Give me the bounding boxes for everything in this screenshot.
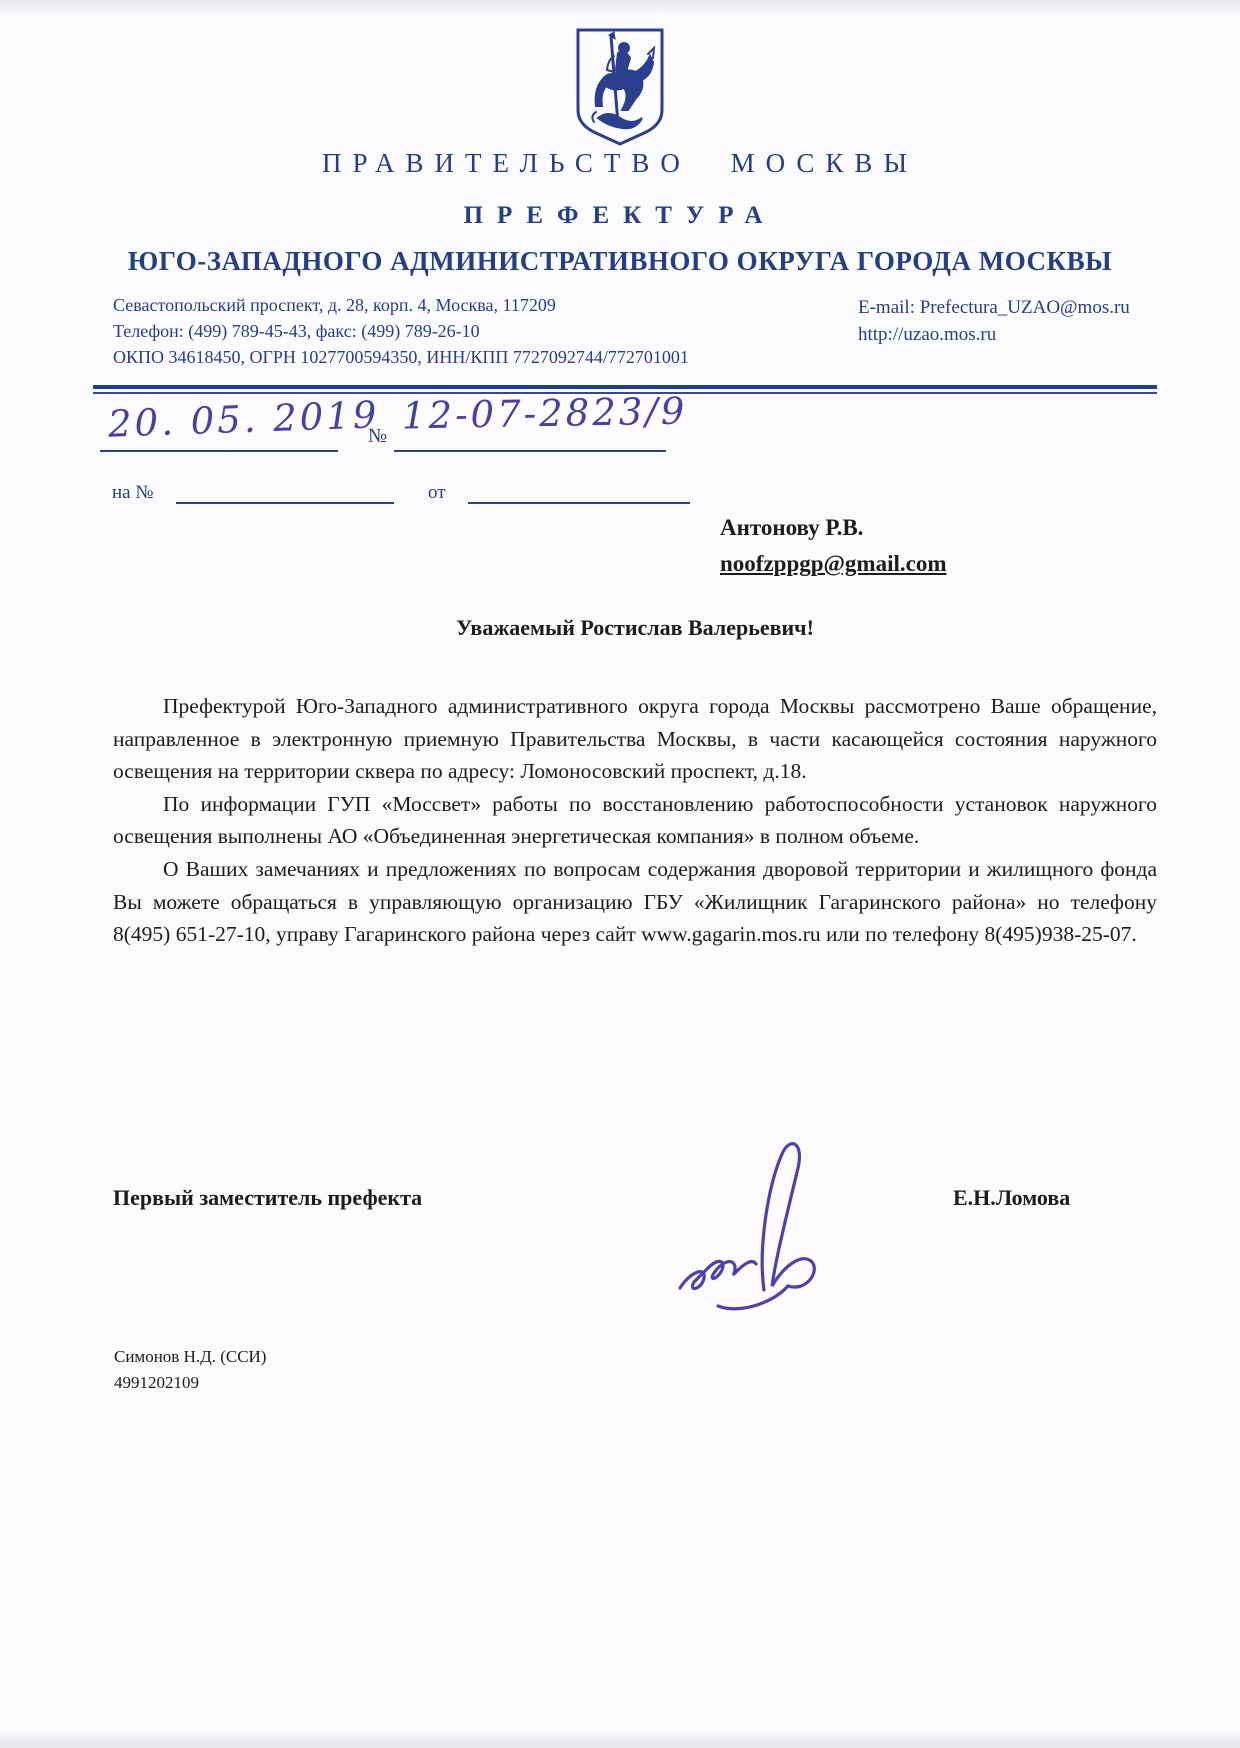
- body-paragraph-2: По информации ГУП «Моссвет» работы по во…: [113, 788, 1157, 853]
- number-underline: [394, 450, 666, 452]
- scan-artifact-bottom: [0, 1730, 1240, 1748]
- letter-body: Префектурой Юго-Западного административн…: [113, 690, 1157, 951]
- prefecture-title: ПРЕФЕКТУРА: [0, 202, 1240, 230]
- signer-title: Первый заместитель префекта: [113, 1185, 422, 1211]
- body-paragraph-1: Префектурой Юго-Западного административн…: [113, 690, 1157, 788]
- handwritten-signature: [672, 1128, 847, 1313]
- website-url: http://uzao.mos.ru: [858, 321, 1130, 348]
- recipient-email: noofzppgp@gmail.com: [720, 546, 947, 582]
- handwritten-outgoing-number: 12-07-2823/9: [402, 390, 688, 438]
- recipient-name: Антонову Р.В.: [720, 510, 947, 546]
- moscow-coat-of-arms-icon: [574, 26, 666, 148]
- email-address: E-mail: Prefectura_UZAO@mos.ru: [858, 294, 1130, 321]
- handwritten-date: 20. 05. 2019: [107, 393, 380, 445]
- reply-to-underline: [176, 502, 394, 504]
- postal-address: Севастопольский проспект, д. 28, корп. 4…: [113, 292, 689, 318]
- contact-block: Севастопольский проспект, д. 28, корп. 4…: [113, 292, 689, 370]
- date-underline: [100, 450, 338, 452]
- body-paragraph-3: О Ваших замечаниях и предложениях по воп…: [113, 853, 1157, 951]
- scanned-letter-page: ПРАВИТЕЛЬСТВО МОСКВЫ ПРЕФЕКТУРА ЮГО-ЗАПА…: [0, 0, 1240, 1748]
- number-sign-label: №: [368, 425, 387, 448]
- web-block: E-mail: Prefectura_UZAO@mos.ru http://uz…: [858, 294, 1130, 348]
- from-date-label: от: [428, 482, 446, 504]
- from-date-underline: [468, 502, 690, 504]
- reply-to-label: на №: [112, 482, 153, 504]
- district-title: ЮГО-ЗАПАДНОГО АДМИНИСТРАТИВНОГО ОКРУГА Г…: [0, 246, 1240, 277]
- executor-phone: 4991202109: [114, 1370, 266, 1396]
- signer-name: Е.Н.Ломова: [953, 1185, 1070, 1211]
- executor-name: Симонов Н.Д. (ССИ): [114, 1344, 266, 1370]
- phone-fax: Телефон: (499) 789-45-43, факс: (499) 78…: [113, 318, 689, 344]
- recipient-block: Антонову Р.В. noofzppgp@gmail.com: [720, 510, 947, 582]
- government-title: ПРАВИТЕЛЬСТВО МОСКВЫ: [0, 148, 1240, 179]
- executor-block: Симонов Н.Д. (ССИ) 4991202109: [114, 1344, 266, 1396]
- salutation: Уважаемый Ростислав Валерьевич!: [113, 615, 1157, 641]
- registry-codes: ОКПО 34618450, ОГРН 1027700594350, ИНН/К…: [113, 344, 689, 370]
- scan-artifact-top: [0, 0, 1240, 16]
